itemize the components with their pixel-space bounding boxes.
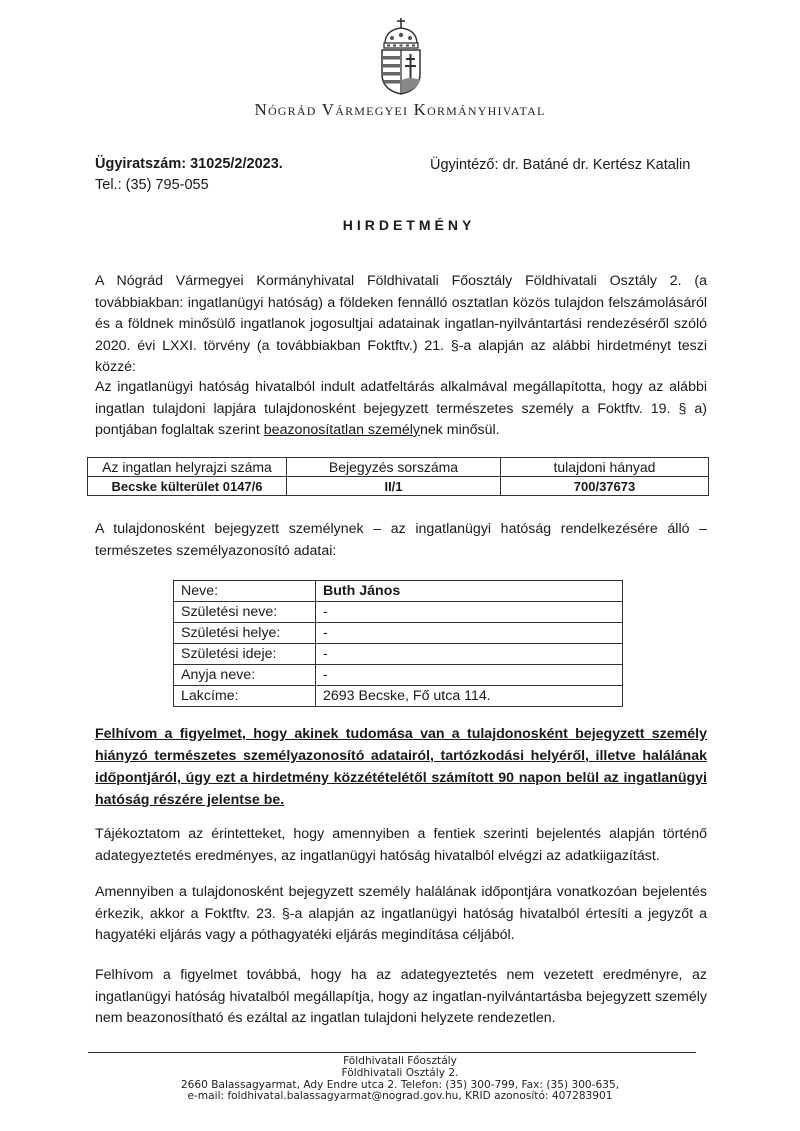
value-mother-name: -	[316, 665, 623, 686]
label-birth-date: Születési ideje:	[174, 644, 316, 665]
table-row: Születési neve: -	[174, 602, 623, 623]
header-parcel-number: Az ingatlan helyrajzi száma	[88, 458, 287, 477]
death-notice-paragraph: Amennyiben a tulajdonosként bejegyzett s…	[95, 882, 707, 947]
ownership-share: 700/37673	[501, 477, 709, 496]
info-paragraph: Tájékoztatom az érintetteket, hogy amenn…	[95, 824, 707, 867]
label-birth-name: Születési neve:	[174, 602, 316, 623]
intro-paragraph: A Nógrád Vármegyei Kormányhivatal Földhi…	[95, 271, 707, 379]
office-name: Nógrád Vármegyei Kormányhivatal	[0, 100, 800, 120]
telephone: Tel.: (35) 795-055	[95, 177, 209, 193]
header-entry-number: Bejegyzés sorszáma	[287, 458, 501, 477]
value-birth-name: -	[316, 602, 623, 623]
person-data-table: Neve: Buth János Születési neve: - Szüle…	[173, 580, 623, 707]
value-address: 2693 Becske, Fő utca 114.	[316, 686, 623, 707]
entry-number: II/1	[287, 477, 501, 496]
case-handler: Ügyintéző: dr. Batáné dr. Kertész Katali…	[430, 157, 690, 173]
call-to-action-paragraph: Felhívom a figyelmet, hogy akinek tudomá…	[95, 723, 707, 811]
document-title: HIRDETMÉNY	[0, 217, 800, 233]
finding-paragraph: Az ingatlanügyi hatóság hivatalból indul…	[95, 377, 707, 442]
table-row: Születési ideje: -	[174, 644, 623, 665]
header-ownership-share: tulajdoni hányad	[501, 458, 709, 477]
table-row: Lakcíme: 2693 Becske, Fő utca 114.	[174, 686, 623, 707]
footer: Földhivatali Főosztály Földhivatali Oszt…	[0, 1056, 800, 1103]
table-row: Becske külterület 0147/6 II/1 700/37673	[88, 477, 709, 496]
label-name: Neve:	[174, 581, 316, 602]
value-name: Buth János	[316, 581, 623, 602]
label-mother-name: Anyja neve:	[174, 665, 316, 686]
finding-text-end: nek minősül.	[420, 422, 500, 438]
final-notice-paragraph: Felhívom a figyelmet továbbá, hogy ha az…	[95, 965, 707, 1030]
table-row: Anyja neve: -	[174, 665, 623, 686]
value-birth-place: -	[316, 623, 623, 644]
property-table: Az ingatlan helyrajzi száma Bejegyzés so…	[87, 457, 709, 496]
hungarian-coat-of-arms-icon	[375, 16, 427, 96]
person-intro-paragraph: A tulajdonosként bejegyzett személynek –…	[95, 519, 707, 562]
footer-divider	[88, 1052, 696, 1053]
footer-contact: e-mail: foldhivatal.balassagyarmat@nogra…	[0, 1091, 800, 1103]
label-address: Lakcíme:	[174, 686, 316, 707]
parcel-number: Becske külterület 0147/6	[88, 477, 287, 496]
finding-underlined-term: beazonosítatlan személy	[264, 422, 420, 438]
label-birth-place: Születési helye:	[174, 623, 316, 644]
case-number: Ügyiratszám: 31025/2/2023.	[95, 156, 283, 172]
property-table-header: Az ingatlan helyrajzi száma Bejegyzés so…	[88, 458, 709, 477]
table-row: Neve: Buth János	[174, 581, 623, 602]
table-row: Születési helye: -	[174, 623, 623, 644]
footer-unit: Földhivatali Osztály 2.	[0, 1068, 800, 1080]
value-birth-date: -	[316, 644, 623, 665]
